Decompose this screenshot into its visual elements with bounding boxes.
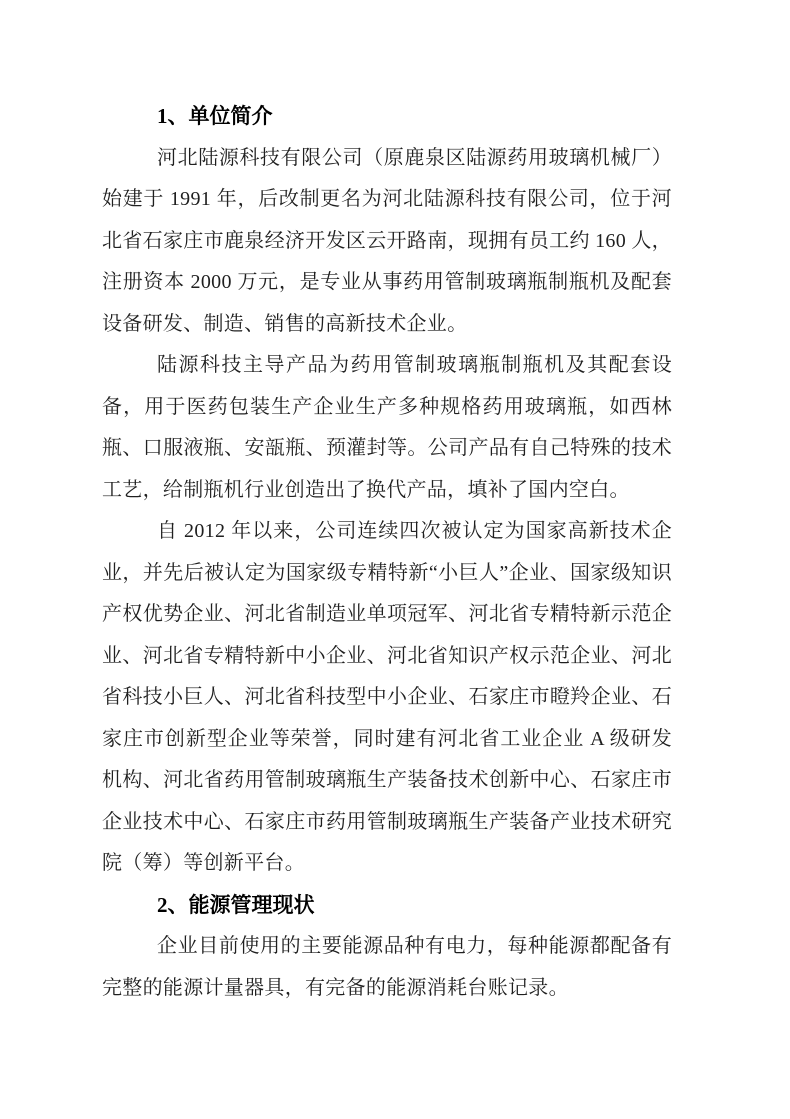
paragraph-company-overview: 河北陆源科技有限公司（原鹿泉区陆源药用玻璃机械厂）始建于 1991 年，后改制更… [102,138,672,346]
paragraph-main-products: 陆源科技主导产品为药用管制玻璃瓶制瓶机及其配套设备，用于医药包装生产企业生产多种… [102,345,672,511]
document-content: 1、单位简介 河北陆源科技有限公司（原鹿泉区陆源药用玻璃机械厂）始建于 1991… [102,96,672,1009]
paragraph-energy-status: 企业目前使用的主要能源品种有电力，每种能源都配备有完整的能源计量器具，有完备的能… [102,926,672,1009]
document-page: 1、单位简介 河北陆源科技有限公司（原鹿泉区陆源药用玻璃机械厂）始建于 1991… [0,0,790,1119]
paragraph-honors-platforms: 自 2012 年以来，公司连续四次被认定为国家高新技术企业，并先后被认定为国家级… [102,511,672,885]
section-heading-unit-intro: 1、单位简介 [102,96,672,138]
section-heading-energy-management: 2、能源管理现状 [102,885,672,927]
